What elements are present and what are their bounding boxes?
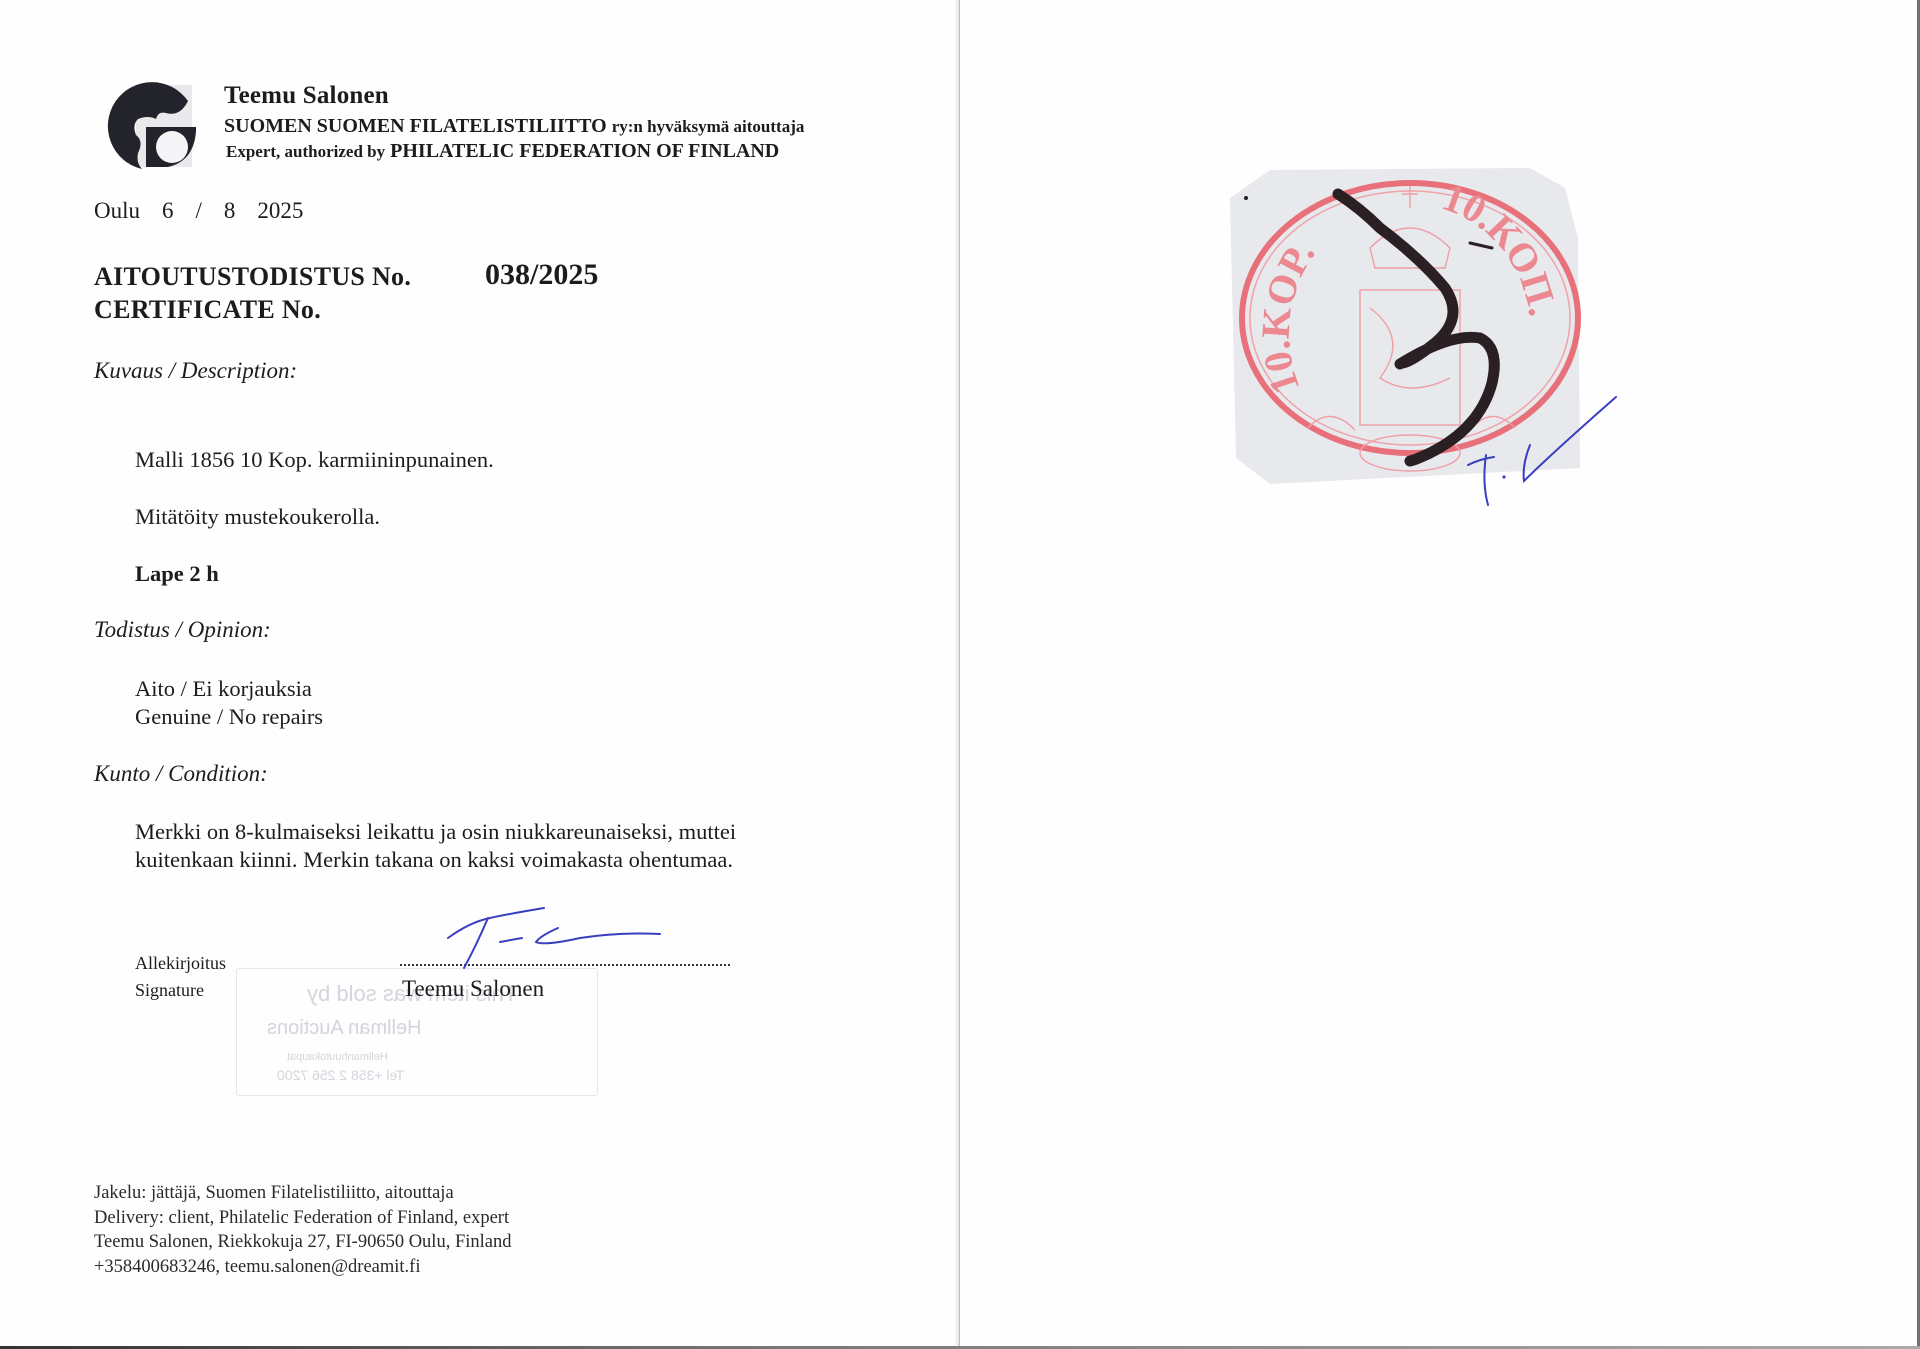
expert-name: Teemu Salonen <box>224 82 389 110</box>
signature-label-en: Signature <box>135 980 204 1001</box>
federation-prefix-en: Expert, authorized by <box>226 142 385 161</box>
description-heading: Kuvaus / Description: <box>94 358 297 384</box>
date-year: 2025 <box>257 198 303 223</box>
signatory-name: Teemu Salonen <box>402 976 544 1002</box>
date-separator: / <box>196 198 202 223</box>
expert-initials-on-stamp <box>1460 395 1620 510</box>
description-line-2: Mitätöity mustekoukerolla. <box>135 503 380 531</box>
signature-label-fi: Allekirjoitus <box>135 953 226 974</box>
certificate-number: 038/2025 <box>485 258 598 292</box>
date-place: Oulu <box>94 198 140 223</box>
footer-line-2: Delivery: client, Philatelic Federation … <box>94 1206 511 1231</box>
condition-line-2: kuitenkaan kiinni. Merkin takana on kaks… <box>135 846 733 874</box>
footer-line-3: Teemu Salonen, Riekkokuja 27, FI-90650 O… <box>94 1230 511 1255</box>
condition-heading: Kunto / Condition: <box>94 761 268 787</box>
date-month: 8 <box>224 198 236 223</box>
left-page: Teemu Salonen SUOMEN SUOMEN FILATELISTIL… <box>0 0 958 1349</box>
federation-name-fi: SUOMEN SUOMEN FILATELISTILIITTO <box>224 115 607 137</box>
federation-line-en: Expert, authorized by PHILATELIC FEDERAT… <box>226 140 779 163</box>
federation-suffix-fi: ry:n hyväksymä aitouttaja <box>612 117 805 136</box>
footer-line-1: Jakelu: jättäjä, Suomen Filatelistiliitt… <box>94 1181 511 1206</box>
distribution-footer: Jakelu: jättäjä, Suomen Filatelistiliitt… <box>94 1181 511 1279</box>
description-line-1: Malli 1856 10 Kop. karmiininpunainen. <box>135 446 494 474</box>
issue-date: Oulu6/82025 <box>94 198 325 224</box>
opinion-line-2: Genuine / No repairs <box>135 703 323 731</box>
date-day: 6 <box>162 198 174 223</box>
condition-line-1: Merkki on 8-kulmaiseksi leikattu ja osin… <box>135 818 736 846</box>
federation-line-fi: SUOMEN SUOMEN FILATELISTILIITTO ry:n hyv… <box>224 115 804 138</box>
certificate-label-en: CERTIFICATE No. <box>94 295 321 325</box>
certificate-label-fi: AITOUTUSTODISTUS No. <box>94 262 411 292</box>
description-line-3: Lape 2 h <box>135 560 219 588</box>
opinion-line-1: Aito / Ei korjauksia <box>135 675 312 703</box>
philatelic-federation-logo-icon <box>96 79 198 171</box>
federation-name-en: PHILATELIC FEDERATION OF FINLAND <box>390 140 779 162</box>
opinion-heading: Todistus / Opinion: <box>94 617 271 643</box>
footer-contact: +358400683246, teemu.salonen@dreamit.fi <box>94 1255 511 1280</box>
handwritten-signature <box>440 900 670 970</box>
